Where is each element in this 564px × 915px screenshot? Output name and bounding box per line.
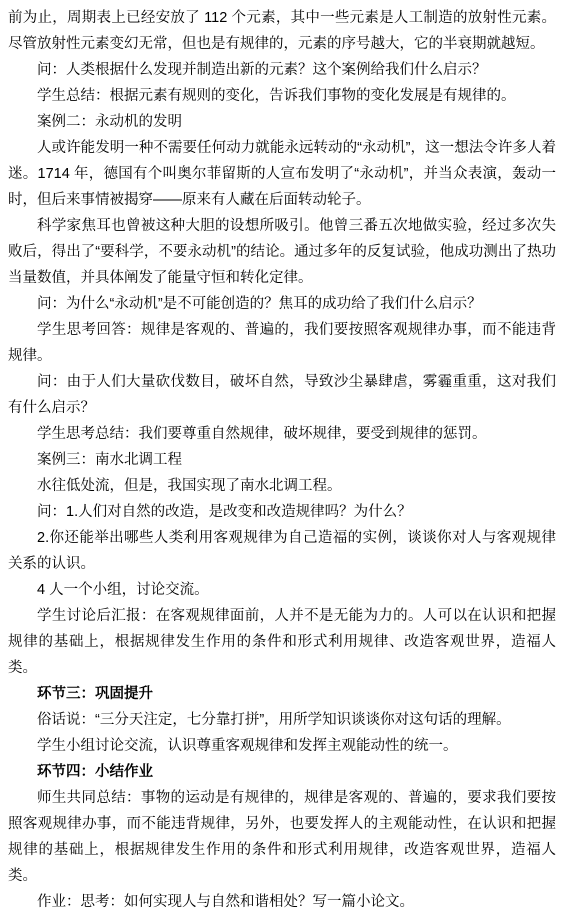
section-heading: 环节四：小结作业 — [8, 759, 556, 785]
paragraph: 作业：思考：如何实现人与自然和谐相处？写一篇小论文。 — [8, 889, 556, 915]
paragraph: 问：由于人们大量砍伐数目，破坏自然，导致沙尘暴肆虐，雾霾重重，这对我们有什么启示… — [8, 369, 556, 421]
case-heading: 案例三：南水北调工程 — [8, 447, 556, 473]
paragraph: 学生思考回答：规律是客观的、普遍的，我们要按照客观规律办事，而不能违背规律。 — [8, 317, 556, 369]
paragraph: 人或许能发明一种不需要任何动力就能永远转动的“永动机”，这一想法令许多人着迷。1… — [8, 135, 556, 213]
paragraph: 俗话说：“三分天注定，七分靠打拼”，用所学知识谈谈你对这句话的理解。 — [8, 707, 556, 733]
paragraph: 学生小组讨论交流，认识尊重客观规律和发挥主观能动性的统一。 — [8, 733, 556, 759]
paragraph: 问：1.人们对自然的改造，是改变和改造规律吗？为什么？ — [8, 499, 556, 525]
paragraph: 学生讨论后汇报：在客观规律面前，人并不是无能为力的。人可以在认识和把握规律的基础… — [8, 603, 556, 681]
paragraph: 问：为什么“永动机”是不可能创造的？焦耳的成功给了我们什么启示？ — [8, 291, 556, 317]
section-heading: 环节三：巩固提升 — [8, 681, 556, 707]
paragraph: 前为止，周期表上已经安放了 112 个元素，其中一些元素是人工制造的放射性元素。… — [8, 5, 556, 57]
paragraph: 师生共同总结：事物的运动是有规律的，规律是客观的、普遍的，要求我们要按照客观规律… — [8, 785, 556, 889]
paragraph: 2.你还能举出哪些人类利用客观规律为自己造福的实例，谈谈你对人与客观规律关系的认… — [8, 525, 556, 577]
paragraph: 4 人一个小组，讨论交流。 — [8, 577, 556, 603]
document-page: 前为止，周期表上已经安放了 112 个元素，其中一些元素是人工制造的放射性元素。… — [0, 0, 564, 915]
paragraph: 学生总结：根据元素有规则的变化，告诉我们事物的变化发展是有规律的。 — [8, 83, 556, 109]
paragraph: 问：人类根据什么发现并制造出新的元素？这个案例给我们什么启示？ — [8, 57, 556, 83]
paragraph: 水往低处流，但是，我国实现了南水北调工程。 — [8, 473, 556, 499]
paragraph: 学生思考总结：我们要尊重自然规律，破坏规律，要受到规律的惩罚。 — [8, 421, 556, 447]
paragraph: 科学家焦耳也曾被这种大胆的设想所吸引。他曾三番五次地做实验，经过多次失败后，得出… — [8, 213, 556, 291]
case-heading: 案例二：永动机的发明 — [8, 109, 556, 135]
